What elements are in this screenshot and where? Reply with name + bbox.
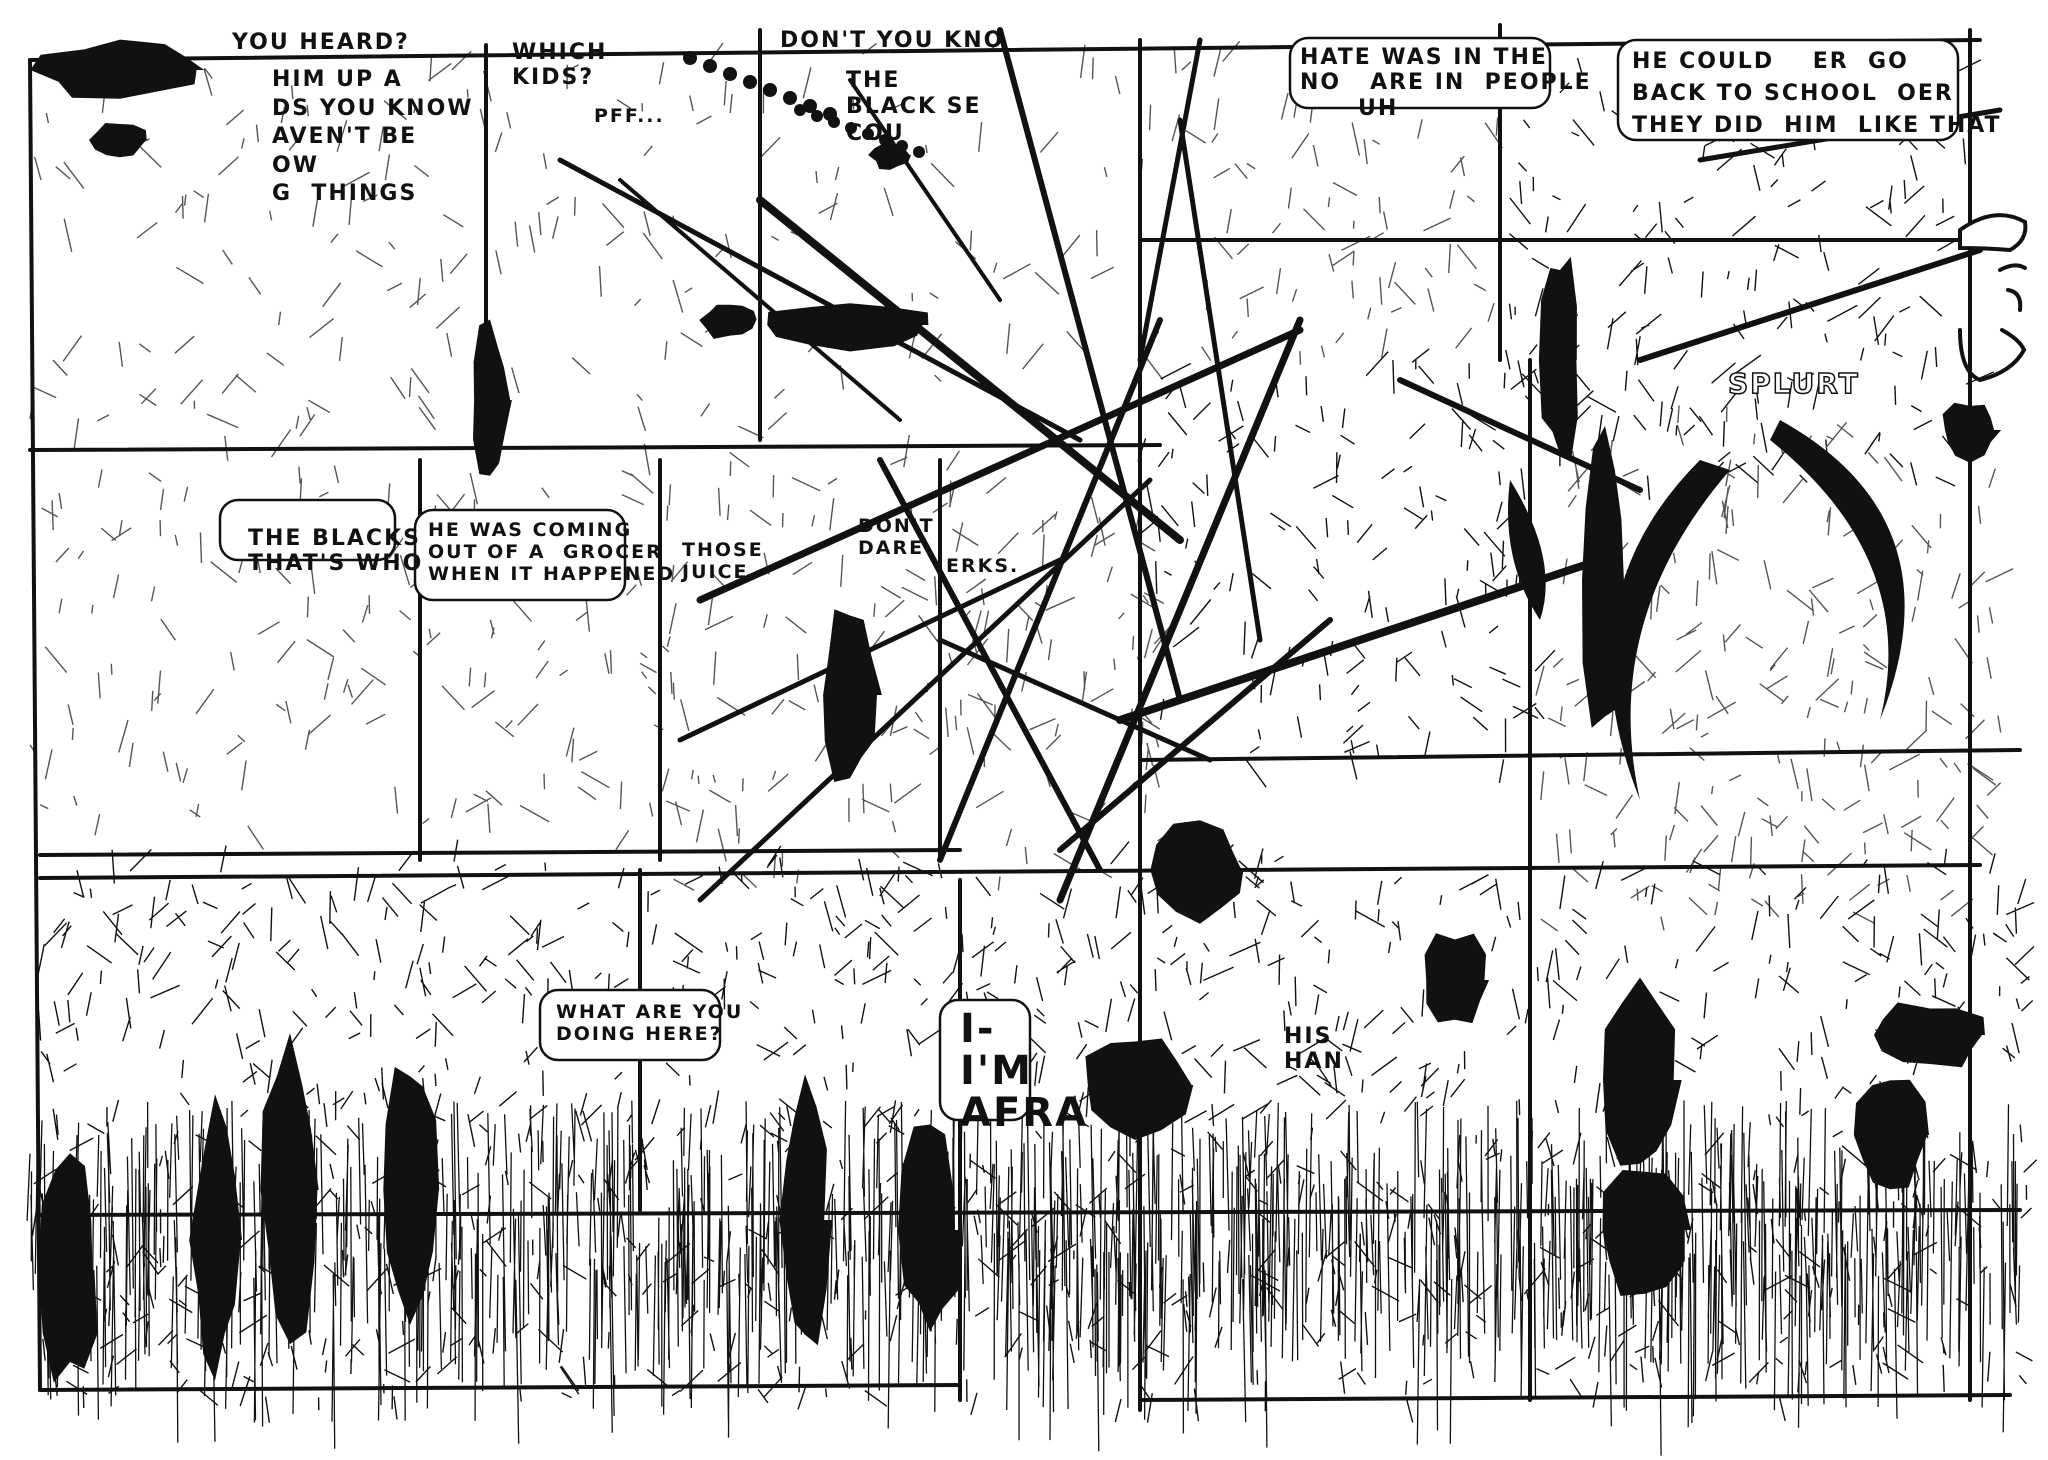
speech-which-kids: WHICH KIDS? (512, 40, 607, 91)
speech-dont-dare: DON'T DARE (858, 516, 935, 560)
speech-what-are-you: WHAT ARE YOU DOING HERE? (556, 1002, 743, 1046)
speech-the-blacks: THE BLACKS THAT'S WHO (248, 526, 423, 577)
speech-kids-you-know: HIM UP A DS YOU KNOW AVEN'T BE OW G THIN… (272, 66, 474, 209)
speech-pff: PFF... (594, 106, 665, 128)
speech-he-was-coming: HE WAS COMING OUT OF A GROCER WHEN IT HA… (428, 520, 675, 586)
speech-jerks: ERKS. (946, 556, 1019, 578)
speech-you-heard: YOU HEARD? (232, 30, 410, 55)
speech-the-black-cou: THE BLACK SE COU (846, 68, 982, 147)
speech-he-could: HE COULD ER GO BACK TO SCHOOL OER THEY D… (1632, 46, 2002, 142)
speech-dont-you: DON'T YOU KNO (780, 28, 1004, 53)
speech-splurt: SPLURT (1728, 368, 1860, 400)
speech-hate-was-in-the: HATE WAS IN THE NO ARE IN PEOPLE UH (1300, 45, 1592, 121)
speech-his-hand: HIS HAN (1284, 1024, 1344, 1075)
speech-those-juice: THOSE JUICE (682, 540, 764, 584)
ink-artwork (0, 0, 2048, 1460)
speech-im-afraid: I- I'M AFRA (960, 1008, 1088, 1134)
